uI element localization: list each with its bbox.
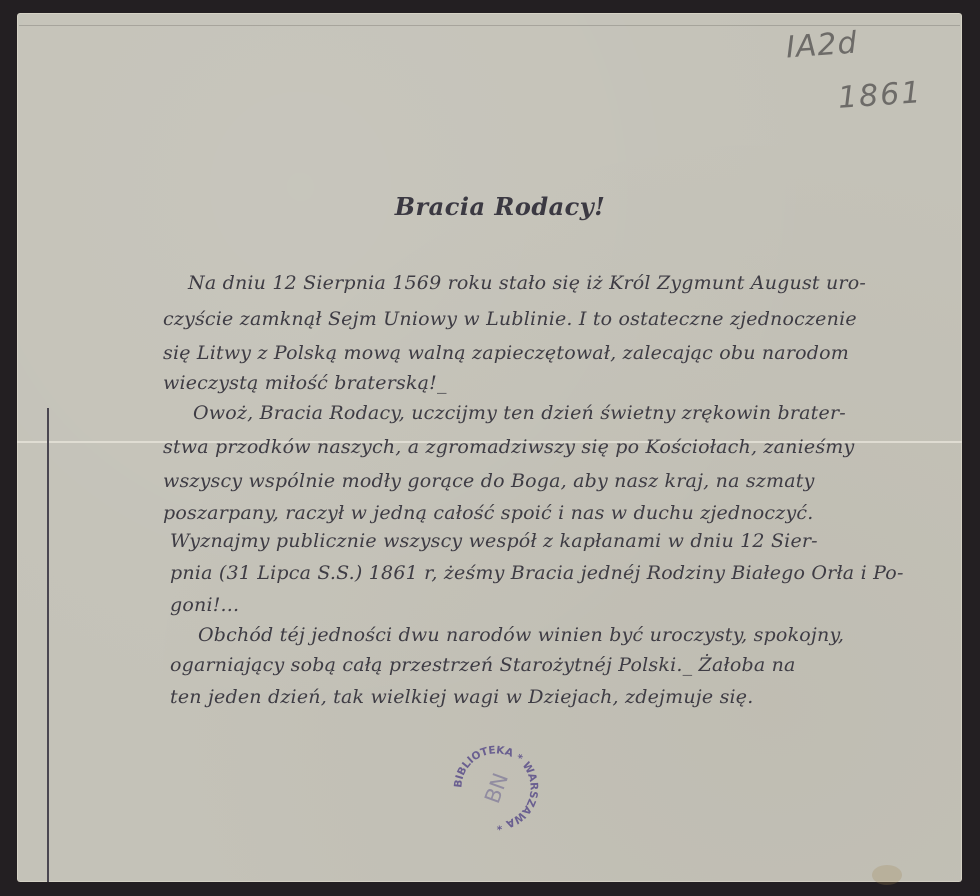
document-title: Bracia Rodacy! [380,192,620,221]
text-line: się Litwy z Polską mową walną zapieczęto… [163,342,849,364]
paper-stain [872,865,902,885]
pencil-year: 1861 [837,75,924,116]
text-line: wszyscy wspólnie modły gorące do Boga, a… [163,470,815,492]
text-line: Wyznajmy publicznie wszyscy wespół z kap… [170,530,818,552]
text-line: goni!... [170,594,239,616]
margin-line [47,408,49,882]
text-line: Na dniu 12 Sierpnia 1569 roku stało się … [188,272,866,294]
svg-text:BN: BN [479,770,513,807]
library-stamp: BIBLIOTEKA * WARSZAWA * BN [448,740,544,836]
text-line: pnia (31 Lipca S.S.) 1861 r, żeśmy Braci… [170,562,904,584]
pencil-shelfmark: IA2d [785,26,859,66]
text-line: ogarniający sobą całą przestrzeń Staroży… [170,654,796,676]
text-line: Obchód téj jedności dwu narodów winien b… [198,624,844,646]
text-line: stwa przodków naszych, a zgromadziwszy s… [163,436,854,458]
text-line: poszarpany, raczył w jedną całość spoić … [163,502,813,524]
text-line: wieczystą miłość braterską!_ [163,372,447,394]
stamp-icon: BIBLIOTEKA * WARSZAWA * BN [448,740,544,836]
text-line: ten jeden dzień, tak wielkiej wagi w Dzi… [170,686,753,708]
text-line: czyście zamknął Sejm Uniowy w Lublinie. … [163,308,857,330]
top-rule [19,25,960,26]
text-line: Owoż, Bracia Rodacy, uczcijmy ten dzień … [193,402,846,424]
